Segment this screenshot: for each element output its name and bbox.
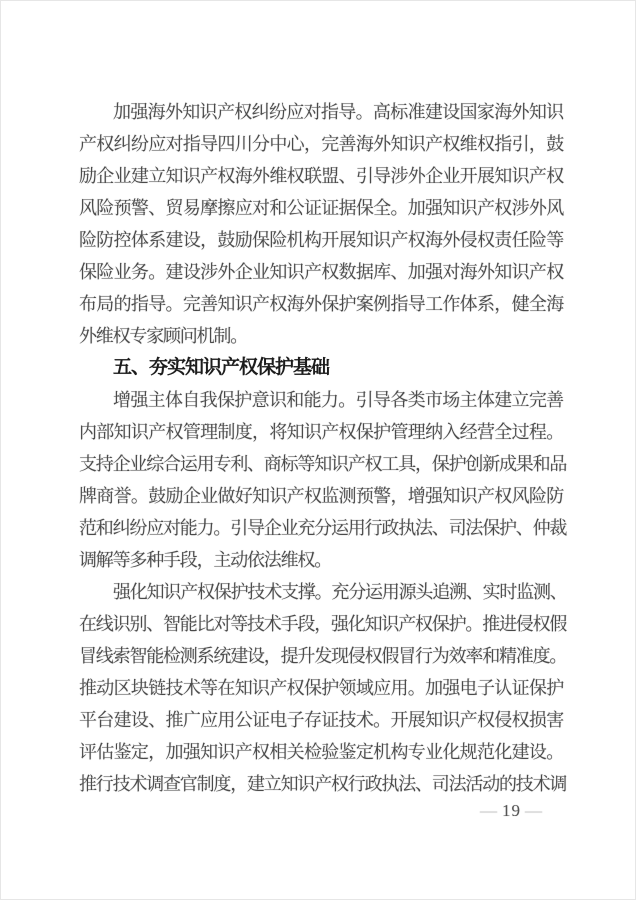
text-line: 增强主体自我保护意识和能力。引导各类市场主体建立完善	[79, 384, 563, 416]
text-line: 励企业建立知识产权海外维权联盟、引导涉外企业开展知识产权	[79, 160, 563, 192]
text-line: 布局的指导。完善知识产权海外保护案例指导工作体系，健全海	[79, 288, 563, 320]
text-line: 评估鉴定，加强知识产权相关检验鉴定机构专业化规范化建设。	[79, 736, 563, 768]
text-line: 产权纠纷应对指导四川分中心，完善海外知识产权维权指引，鼓	[79, 128, 563, 160]
text-line: 风险预警、贸易摩擦应对和公证证据保全。加强知识产权涉外风	[79, 192, 563, 224]
text-line: 险防控体系建设，鼓励保险机构开展知识产权海外侵权责任险等	[79, 224, 563, 256]
text-line: 牌商誉。鼓励企业做好知识产权监测预警，增强知识产权风险防	[79, 480, 563, 512]
page-number-dash-left: —	[476, 801, 502, 820]
text-line: 保险业务。建设涉外企业知识产权数据库、加强对海外知识产权	[79, 256, 563, 288]
text-line: 推动区块链技术等在知识产权保护领域应用。加强电子认证保护	[79, 672, 563, 704]
text-line: 内部知识产权管理制度，将知识产权保护管理纳入经营全过程。	[79, 416, 563, 448]
text-line: 在线识别、智能比对等技术手段，强化知识产权保护。推进侵权假	[79, 608, 563, 640]
page-body: 加强海外知识产权纠纷应对指导。高标准建设国家海外知识 产权纠纷应对指导四川分中心…	[79, 96, 563, 800]
page-number-dash-right: —	[521, 801, 547, 820]
text-line: 加强海外知识产权纠纷应对指导。高标准建设国家海外知识	[79, 96, 563, 128]
page-number: —19—	[476, 801, 547, 821]
document-page: 加强海外知识产权纠纷应对指导。高标准建设国家海外知识 产权纠纷应对指导四川分中心…	[0, 0, 636, 900]
text-line: 支持企业综合运用专利、商标等知识产权工具，保护创新成果和品	[79, 448, 563, 480]
text-line: 调解等多种手段，主动依法维权。	[79, 544, 563, 576]
page-number-value: 19	[502, 801, 521, 820]
text-line: 外维权专家顾问机制。	[79, 320, 563, 352]
text-line: 强化知识产权保护技术支撑。充分运用源头追溯、实时监测、	[79, 576, 563, 608]
text-line: 范和纠纷应对能力。引导企业充分运用行政执法、司法保护、仲裁	[79, 512, 563, 544]
text-line: 冒线索智能检测系统建设，提升发现侵权假冒行为效率和精准度。	[79, 640, 563, 672]
text-line: 平台建设、推广应用公证电子存证技术。开展知识产权侵权损害	[79, 704, 563, 736]
section-heading: 五、夯实知识产权保护基础	[79, 352, 563, 384]
text-line: 推行技术调查官制度，建立知识产权行政执法、司法活动的技术调	[79, 768, 563, 800]
